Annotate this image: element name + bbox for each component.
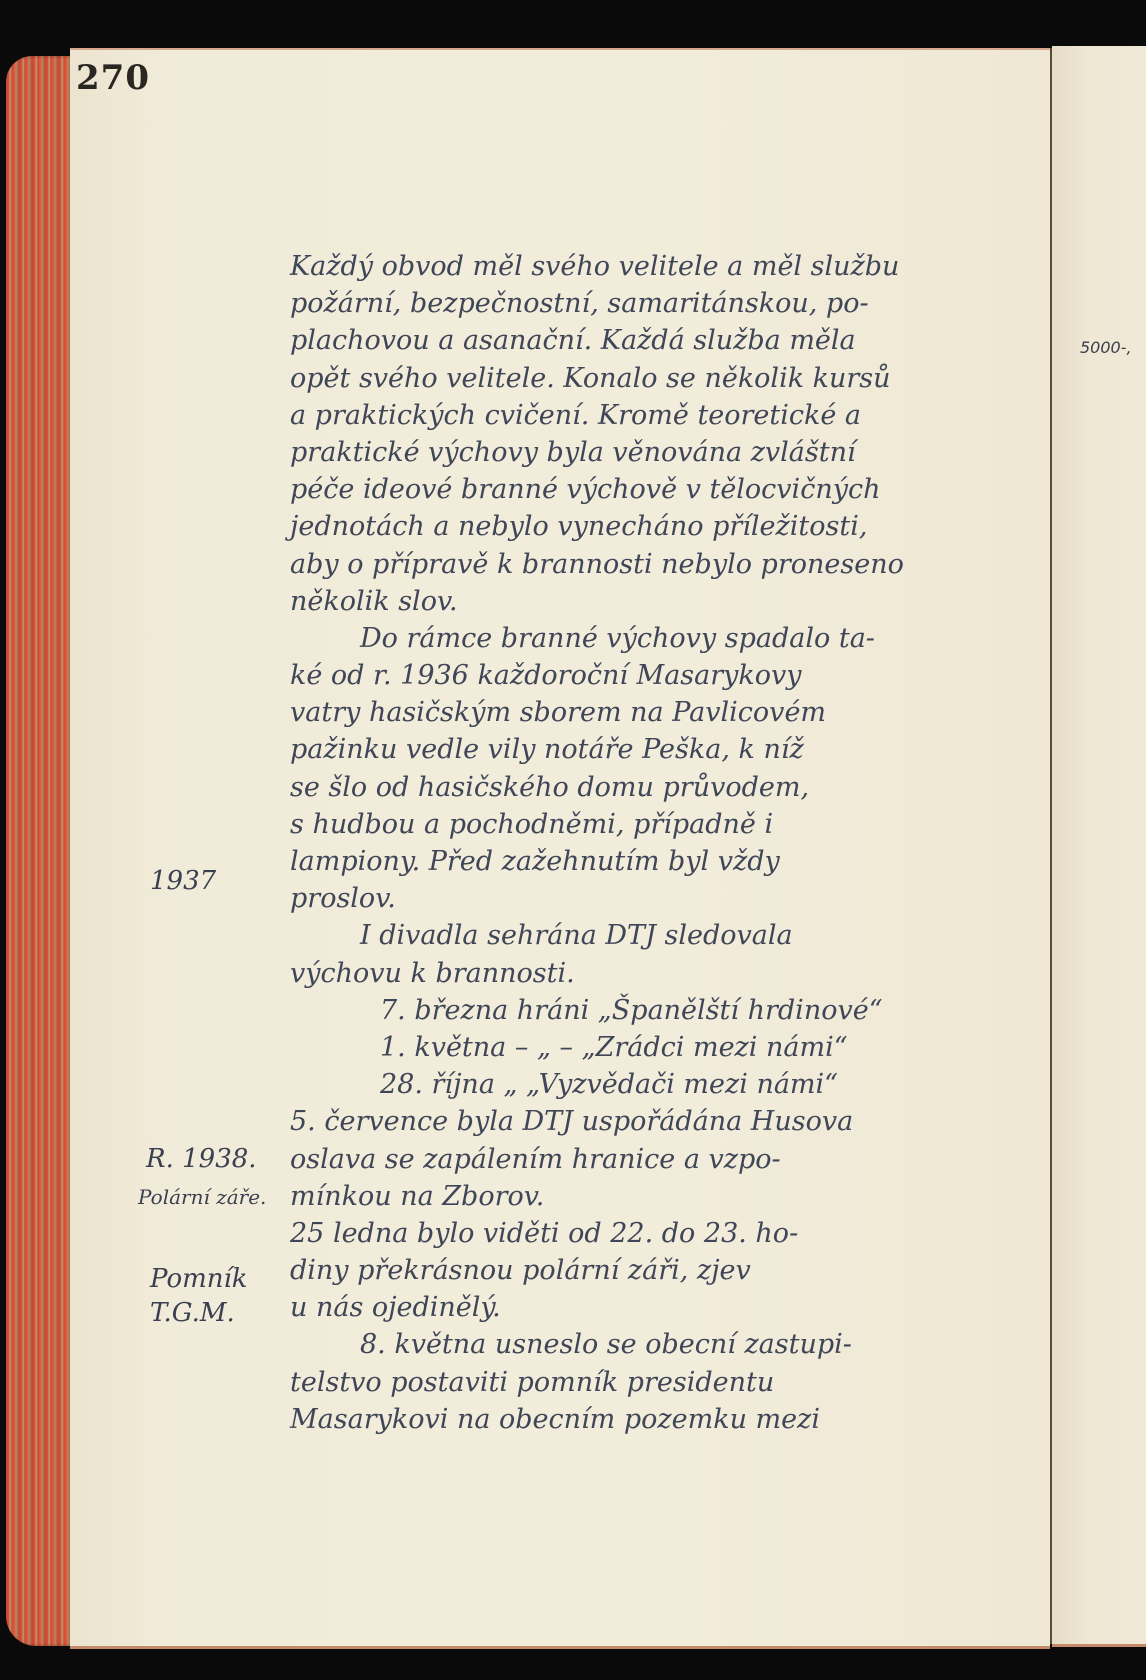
text-line: požární, bezpečnostní, samaritánskou, po…	[290, 285, 950, 322]
text-line: aby o přípravě k brannosti nebylo prones…	[290, 546, 950, 583]
text-line: plachovou a asanační. Každá služba měla	[290, 322, 950, 359]
text-line: Každý obvod měl svého velitele a měl slu…	[290, 248, 950, 285]
text-line: 1. května – „ – „Zrádci mezi námi“	[290, 1029, 950, 1066]
text-line: 8. května usneslo se obecní zastupi-	[290, 1326, 950, 1363]
text-line: vatry hasičským sborem na Pavlicovém	[290, 694, 950, 731]
margin-polar-aurora: Polární záře.	[138, 1180, 266, 1214]
text-line: se šlo od hasičského domu průvodem,	[290, 769, 950, 806]
text-line: telstvo postaviti pomník presidentu	[290, 1364, 950, 1401]
text-line: ké od r. 1936 každoroční Masarykovy	[290, 657, 950, 694]
page-edges-red	[6, 56, 78, 1646]
margin-year-1937: 1937	[150, 864, 216, 898]
page-number: 270	[76, 58, 150, 98]
text-line: mínkou na Zborov.	[290, 1178, 950, 1215]
text-line: Masarykovi na obecním pozemku mezi	[290, 1401, 950, 1438]
text-line: I divadla sehrána DTJ sledovala	[290, 917, 950, 954]
text-line: proslov.	[290, 880, 950, 917]
text-line: 25 ledna bylo viděti od 22. do 23. ho-	[290, 1215, 950, 1252]
text-line: péče ideové branné výchově v tělocvičnýc…	[290, 471, 950, 508]
handwritten-body: Každý obvod měl svého velitele a měl slu…	[290, 248, 950, 1438]
text-line: 5. července byla DTJ uspořádána Husova	[290, 1103, 950, 1140]
text-line: 7. března hráni „Španělští hrdinové“	[290, 992, 950, 1029]
text-line: výchovu k brannosti.	[290, 955, 950, 992]
text-line: oslava se zapálením hranice a vzpo-	[290, 1141, 950, 1178]
text-line: Do rámce branné výchovy spadalo ta-	[290, 620, 950, 657]
text-line: pažinku vedle vily notáře Peška, k níž	[290, 731, 950, 768]
text-line: jednotách a nebylo vynecháno příležitost…	[290, 508, 950, 545]
margin-tgm: T.G.M.	[150, 1296, 235, 1330]
text-line: praktické výchovy byla věnována zvláštní	[290, 434, 950, 471]
margin-year-1938: R. 1938.	[146, 1142, 257, 1176]
text-line: opět svého velitele. Konalo se několik k…	[290, 360, 950, 397]
text-line: s hudbou a pochodněmi, případně i	[290, 806, 950, 843]
text-line: 28. října „ „Vyzvědači mezi námi“	[290, 1066, 950, 1103]
margin-monument: Pomník	[150, 1262, 248, 1296]
text-line: diny překrásnou polární záři, zjev	[290, 1252, 950, 1289]
text-line: lampiony. Před zažehnutím byl vždy	[290, 843, 950, 880]
text-line: u nás ojedinělý.	[290, 1289, 950, 1326]
text-line: a praktických cvičení. Kromě teoretické …	[290, 397, 950, 434]
facing-page	[1052, 46, 1146, 1647]
text-line: několik slov.	[290, 583, 950, 620]
facing-page-fragment: 5000-,	[1080, 338, 1132, 357]
